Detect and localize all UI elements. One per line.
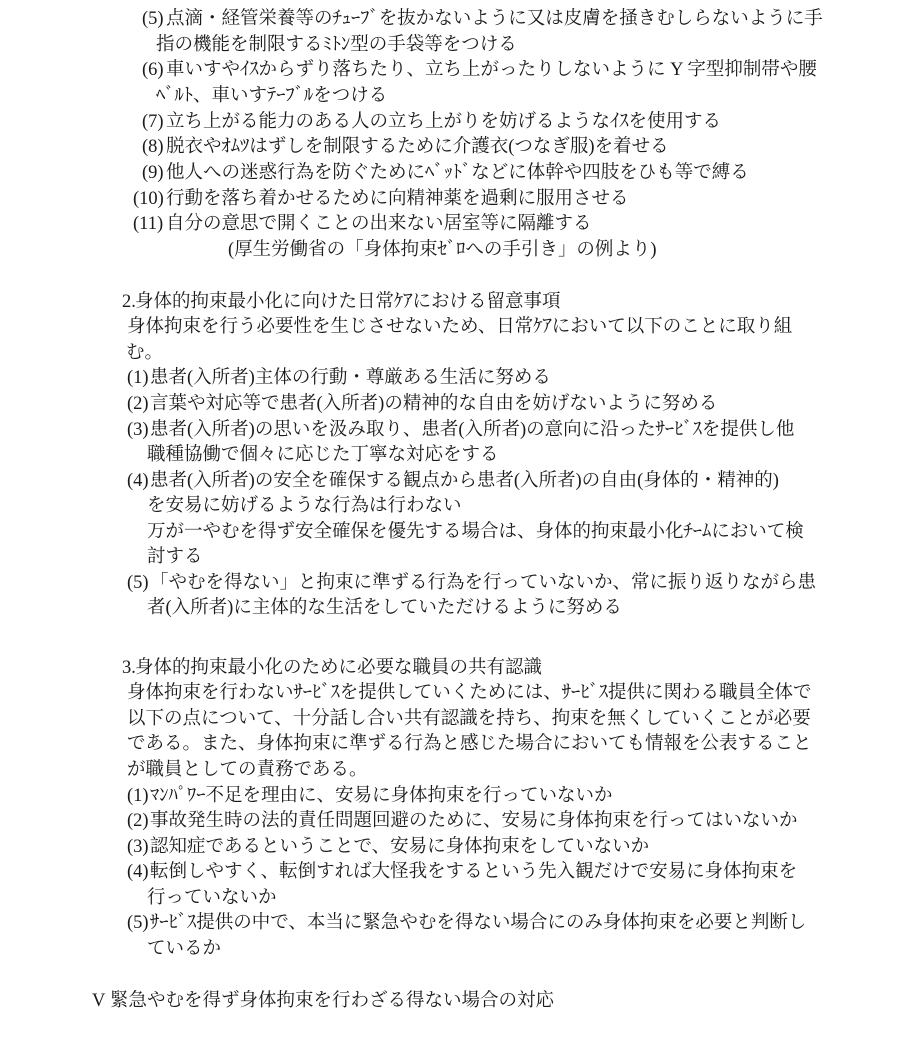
item-number: (2) <box>127 808 149 834</box>
item-text: ｻｰﾋﾞｽ提供の中で、本当に緊急やむを得ない場合にのみ身体拘束を必要と判断し <box>150 910 806 936</box>
section-title: 身体的拘束最小化に向けた日常ｹｱにおける留意事項 <box>135 289 561 315</box>
restraint-example-item-continuation: ﾍﾞﾙﾄ、車いすﾃｰﾌﾞﾙをつける <box>0 83 900 109</box>
item-number: (5) <box>142 6 164 32</box>
item-text: を安易に妨げるような行為は行わない <box>147 493 462 519</box>
awareness-check-item-continuation: 行っていないか <box>0 885 900 911</box>
item-number: (3) <box>127 834 149 860</box>
section-number: V <box>92 988 105 1014</box>
item-text: 事故発生時の法的責任問題回避のために、安易に身体拘束を行ってはいないか <box>150 808 798 834</box>
awareness-check-item: (3)認知症であるということで、安易に身体拘束をしていないか <box>0 834 900 860</box>
item-text: 車いすやｲｽからずり落ちたり、立ち上がったりしないように Y 字型抑制帯や腰 <box>166 57 817 83</box>
restraint-example-item-continuation: 指の機能を制限するﾐﾄﾝ型の手袋等をつける <box>0 32 900 58</box>
item-text: 認知症であるということで、安易に身体拘束をしていないか <box>150 834 649 860</box>
paragraph-text: 以下の点について、十分話し合い共有認識を持ち、拘束を無くしていくことが必要 <box>127 706 811 732</box>
item-number: (1) <box>127 783 149 809</box>
item-text: 他人への迷惑行為を防ぐためにﾍﾞｯﾄﾞなどに体幹や四肢をひも等で縛る <box>166 160 749 186</box>
awareness-check-item: (2)事故発生時の法的責任問題回避のために、安易に身体拘束を行ってはいないか <box>0 808 900 834</box>
section-number: 3. <box>122 655 136 681</box>
paragraph-line: む。 <box>0 340 900 366</box>
item-text: ﾍﾞﾙﾄ、車いすﾃｰﾌﾞﾙをつける <box>156 83 387 109</box>
paragraph-text: が職員としての責務である。 <box>127 757 368 783</box>
awareness-check-item-continuation: ているか <box>0 936 900 962</box>
section-2-heading: 2.身体的拘束最小化に向けた日常ｹｱにおける留意事項 <box>0 289 900 315</box>
paragraph-line: である。また、身体拘束に準ずる行為と感じた場合においても情報を公表すること <box>0 731 900 757</box>
item-number: (2) <box>127 391 149 417</box>
item-number: (5) <box>127 910 149 936</box>
care-point-item: (3)患者(入所者)の思いを汲み取り、患者(入所者)の意向に沿ったｻｰﾋﾞｽを提… <box>0 417 900 443</box>
item-text: 職種協働で個々に応じた丁寧な対応をする <box>147 442 499 468</box>
source-note-line: (厚生労働省の「身体拘束ｾﾞﾛへの手引き」の例より) <box>0 237 900 263</box>
paragraph-text: む。 <box>126 340 163 366</box>
item-text: 行っていないか <box>147 885 277 911</box>
paragraph-line: 身体拘束を行う必要性を生じさせないため、日常ｹｱにおいて以下のことに取り組 <box>0 314 900 340</box>
item-text: 言葉や対応等で患者(入所者)の精神的な自由を妨げないように努める <box>150 391 717 417</box>
item-text: 万が一やむを得ず安全確保を優先する場合は、身体的拘束最小化ﾁｰﾑにおいて検 <box>147 519 804 545</box>
item-number: (1) <box>127 365 149 391</box>
restraint-example-item: (9)他人への迷惑行為を防ぐためにﾍﾞｯﾄﾞなどに体幹や四肢をひも等で縛る <box>0 160 900 186</box>
item-text: 脱衣やｵﾑﾂはずしを制限するために介護衣(つなぎ服)を着せる <box>166 134 669 160</box>
item-number: (4) <box>127 859 149 885</box>
item-number: (11) <box>133 211 163 237</box>
item-number: (6) <box>142 57 164 83</box>
source-note: (厚生労働省の「身体拘束ｾﾞﾛへの手引き」の例より) <box>228 237 657 263</box>
section-3-heading: 3.身体的拘束最小化のために必要な職員の共有認識 <box>0 655 900 681</box>
section-v-heading: V緊急やむを得ず身体拘束を行わざる得ない場合の対応 <box>0 988 900 1014</box>
item-text: 患者(入所者)の思いを汲み取り、患者(入所者)の意向に沿ったｻｰﾋﾞｽを提供し他 <box>150 417 794 443</box>
item-number: (3) <box>127 417 149 443</box>
awareness-check-item: (5)ｻｰﾋﾞｽ提供の中で、本当に緊急やむを得ない場合にのみ身体拘束を必要と判断… <box>0 910 900 936</box>
item-text: 「やむを得ない」と拘束に準ずる行為を行っていないか、常に振り返りながら患 <box>150 570 816 596</box>
item-text: 討する <box>147 544 203 570</box>
paragraph-text: 身体拘束を行わないｻｰﾋﾞｽを提供していくためには、ｻｰﾋﾞｽ提供に関わる職員全… <box>127 680 812 706</box>
restraint-example-item: (8)脱衣やｵﾑﾂはずしを制限するために介護衣(つなぎ服)を着せる <box>0 134 900 160</box>
paragraph-line: が職員としての責務である。 <box>0 757 900 783</box>
document-page: (5)点滴・経管栄養等のﾁｭｰﾌﾞを抜かないように又は皮膚を掻きむしらないように… <box>0 0 900 1040</box>
item-number: (5) <box>127 570 149 596</box>
section-title: 身体的拘束最小化のために必要な職員の共有認識 <box>135 655 542 681</box>
item-number: (8) <box>142 134 164 160</box>
item-number: (7) <box>142 109 164 135</box>
care-point-item-continuation: を安易に妨げるような行為は行わない <box>0 493 900 519</box>
care-point-item-continuation: 万が一やむを得ず安全確保を優先する場合は、身体的拘束最小化ﾁｰﾑにおいて検 <box>0 519 900 545</box>
care-point-item: (2)言葉や対応等で患者(入所者)の精神的な自由を妨げないように努める <box>0 391 900 417</box>
item-text: ﾏﾝﾊﾟﾜｰ不足を理由に、安易に身体拘束を行っていないか <box>150 783 613 809</box>
care-point-item-continuation: 者(入所者)に主体的な生活をしていただけるように努める <box>0 595 900 621</box>
item-text: 者(入所者)に主体的な生活をしていただけるように努める <box>147 595 622 621</box>
item-number: (10) <box>133 186 164 212</box>
paragraph-text: 身体拘束を行う必要性を生じさせないため、日常ｹｱにおいて以下のことに取り組 <box>127 314 792 340</box>
item-text: 指の機能を制限するﾐﾄﾝ型の手袋等をつける <box>156 32 517 58</box>
restraint-example-item: (11)自分の意思で開くことの出来ない居室等に隔離する <box>0 211 900 237</box>
awareness-check-item: (4)転倒しやすく、転倒すれば大怪我をするという先入観だけで安易に身体拘束を <box>0 859 900 885</box>
item-text: 立ち上がる能力のある人の立ち上がりを妨げるようなｲｽを使用する <box>166 109 721 135</box>
item-text: 点滴・経管栄養等のﾁｭｰﾌﾞを抜かないように又は皮膚を掻きむしらないように手 <box>166 6 823 32</box>
item-number: (4) <box>127 468 149 494</box>
care-point-item-continuation: 職種協働で個々に応じた丁寧な対応をする <box>0 442 900 468</box>
item-text: 行動を落ち着かせるために向精神薬を過剰に服用させる <box>166 186 629 212</box>
item-number: (9) <box>142 160 164 186</box>
paragraph-text: である。また、身体拘束に準ずる行為と感じた場合においても情報を公表すること <box>127 731 812 757</box>
section-title: 緊急やむを得ず身体拘束を行わざる得ない場合の対応 <box>110 988 554 1014</box>
restraint-example-item: (7)立ち上がる能力のある人の立ち上がりを妨げるようなｲｽを使用する <box>0 109 900 135</box>
paragraph-line: 身体拘束を行わないｻｰﾋﾞｽを提供していくためには、ｻｰﾋﾞｽ提供に関わる職員全… <box>0 680 900 706</box>
item-text: 自分の意思で開くことの出来ない居室等に隔離する <box>166 211 592 237</box>
restraint-example-item: (10)行動を落ち着かせるために向精神薬を過剰に服用させる <box>0 186 900 212</box>
care-point-item: (1)患者(入所者)主体の行動・尊厳ある生活に努める <box>0 365 900 391</box>
item-text: 患者(入所者)の安全を確保する観点から患者(入所者)の自由(身体的・精神的) <box>150 468 779 494</box>
care-point-item-continuation: 討する <box>0 544 900 570</box>
care-point-item: (4)患者(入所者)の安全を確保する観点から患者(入所者)の自由(身体的・精神的… <box>0 468 900 494</box>
item-text: 転倒しやすく、転倒すれば大怪我をするという先入観だけで安易に身体拘束を <box>150 859 797 885</box>
item-text: 患者(入所者)主体の行動・尊厳ある生活に努める <box>150 365 551 391</box>
restraint-example-item: (6)車いすやｲｽからずり落ちたり、立ち上がったりしないように Y 字型抑制帯や… <box>0 57 900 83</box>
item-text: ているか <box>147 936 221 962</box>
paragraph-line: 以下の点について、十分話し合い共有認識を持ち、拘束を無くしていくことが必要 <box>0 706 900 732</box>
awareness-check-item: (1)ﾏﾝﾊﾟﾜｰ不足を理由に、安易に身体拘束を行っていないか <box>0 783 900 809</box>
care-point-item: (5)「やむを得ない」と拘束に準ずる行為を行っていないか、常に振り返りながら患 <box>0 570 900 596</box>
restraint-example-item: (5)点滴・経管栄養等のﾁｭｰﾌﾞを抜かないように又は皮膚を掻きむしらないように… <box>0 6 900 32</box>
section-number: 2. <box>122 289 136 315</box>
